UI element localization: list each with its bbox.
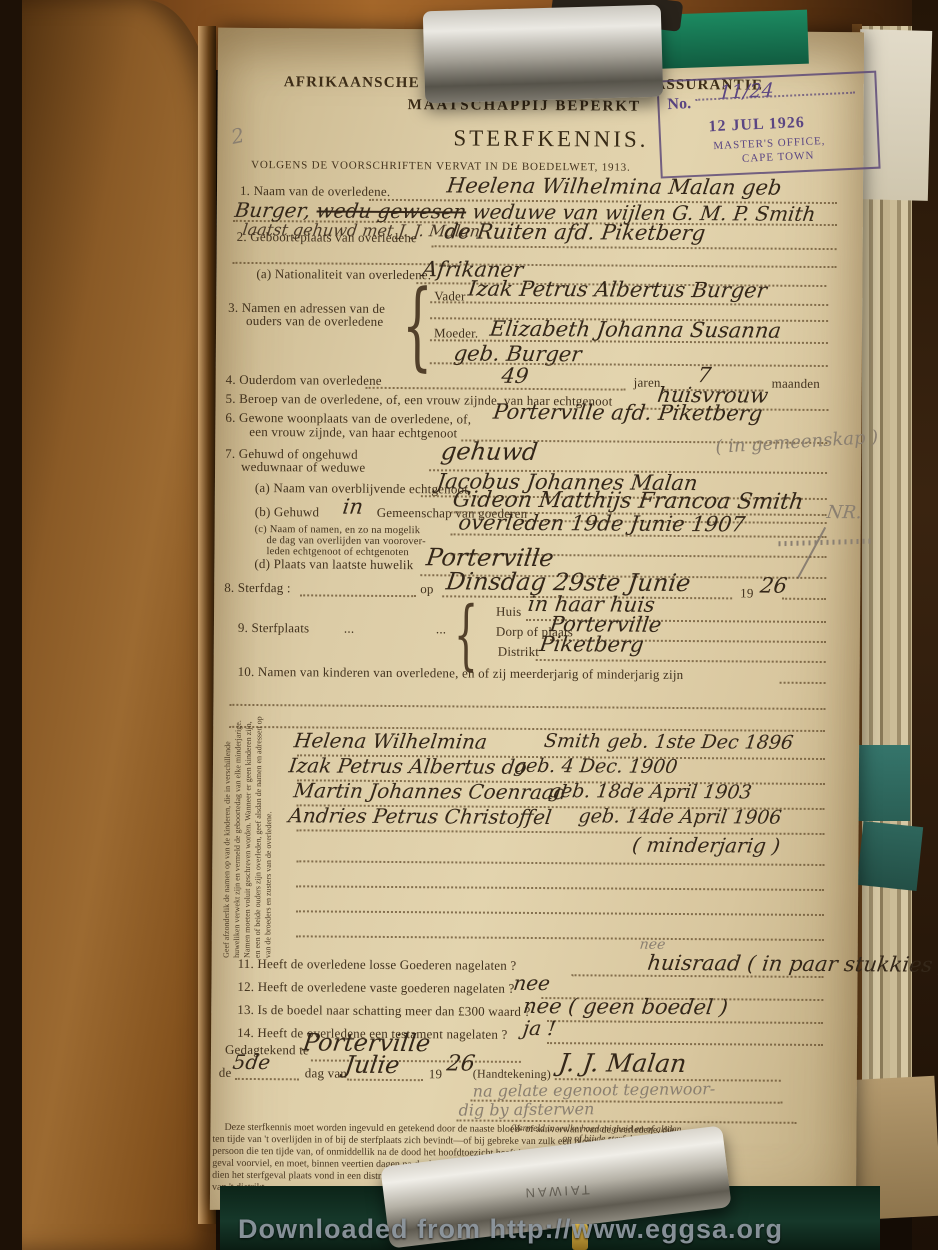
dotted-line xyxy=(430,301,828,306)
tape-piece xyxy=(856,745,910,821)
field-6-label-line2: een vrouw zijnde, van haar echtgenoot xyxy=(249,424,457,441)
field-7-pencil-note: ( in gemeenskap ) xyxy=(715,427,879,458)
dotted-line xyxy=(780,682,826,684)
date-year-value: 26 xyxy=(445,1051,476,1076)
pencil-scratch-cross xyxy=(797,527,826,579)
field-9-label: 9. Sterfplaats xyxy=(238,620,310,636)
signature-label: (Handtekening) xyxy=(473,1067,551,1083)
signature-value: J. J. Malan xyxy=(557,1048,688,1078)
child-name: Andries Petrus Christoffel xyxy=(287,803,553,829)
field-4-label: 4. Ouderdom van overledene xyxy=(226,372,382,389)
children-margin-note: Geef afzonderlik de namen op van de kind… xyxy=(222,716,294,958)
stamp-number-value: 11/24 xyxy=(718,79,774,104)
page-title: STERFKENNIS. xyxy=(453,125,648,152)
dotted-line xyxy=(366,387,626,391)
field-7d-label: (d) Plaats van laatste huwelik xyxy=(254,556,413,573)
distrikt-label: Distrikt xyxy=(498,644,539,660)
signature-pencil-line1: na gelate egenoot tegenwoor- xyxy=(473,1079,716,1101)
stamp-office-line2: CAPE TOWN xyxy=(742,150,815,165)
dotted-line xyxy=(547,1042,823,1046)
name-part: Burger, xyxy=(233,198,312,223)
huis-label: Huis xyxy=(496,604,521,620)
field-13-label: 13. Is de boedel naar schatting meer dan… xyxy=(237,1002,530,1020)
field-7-value: gehuwd xyxy=(439,437,539,466)
clip-engraving: TAIWAN xyxy=(522,1182,590,1200)
date-year-prefix: 19 xyxy=(429,1066,443,1082)
field-8-label: 8. Sterfdag : xyxy=(224,580,291,596)
field-9-dots2: ... xyxy=(436,621,446,637)
child-birth: geb. 14de April 1906 xyxy=(577,805,783,828)
year-prefix: 19 xyxy=(740,585,754,601)
dotted-line xyxy=(235,1078,299,1080)
de-label: de xyxy=(219,1065,232,1081)
field-7b-value: in xyxy=(341,495,364,519)
dotted-line xyxy=(296,935,824,941)
dotted-line xyxy=(430,362,828,367)
book-cover-edge xyxy=(0,0,22,1250)
vader-value: Izak Petrus Albertus Burger xyxy=(467,277,769,303)
field-9-dots1: ... xyxy=(344,621,354,637)
dotted-line xyxy=(229,704,825,710)
dag-van-label: dag van xyxy=(305,1065,347,1081)
children-minor-note: ( minderjarig ) xyxy=(631,833,782,858)
signature-pencil-line2: dig by afsterwen xyxy=(458,1099,594,1119)
dotted-line xyxy=(300,594,416,597)
field-7-label-line2: weduwnaar of weduwe xyxy=(241,459,365,476)
dotted-line xyxy=(451,533,827,538)
death-notice-page: No. 73. AFRIKAANSCHE ONDERLINGE VOOGDIJ … xyxy=(210,28,864,1214)
top-binder-clip xyxy=(423,5,663,104)
dotted-line xyxy=(311,1059,521,1062)
age-years-value: 49 xyxy=(500,364,530,388)
child-birth: geb. 4 Dec. 1900 xyxy=(513,755,679,778)
page-subtitle: VOLGENS DE VOORSCHRIFTEN VERVAT IN DE BO… xyxy=(251,159,630,174)
field-7c-pencil-note: NR. xyxy=(826,502,863,523)
tape-piece xyxy=(857,821,923,891)
jaren-label: jaren xyxy=(634,375,661,391)
page-stack xyxy=(862,26,912,1214)
field-7b-label1: (b) Gehuwd xyxy=(255,504,320,520)
dotted-line xyxy=(296,910,824,916)
field-7c-value-line2: overleden 19de Junie 1907 xyxy=(457,510,746,536)
field-12-value: nee xyxy=(512,971,552,995)
dotted-line xyxy=(572,974,824,978)
child-birth: Smith geb. 1ste Dec 1896 xyxy=(543,730,795,754)
child-name: Helena Wilhelmina xyxy=(293,728,489,753)
distrikt-value: Piketberg xyxy=(538,632,645,657)
maanden-label: maanden xyxy=(772,376,820,392)
day-value: 5de xyxy=(231,1050,271,1074)
photo-scene: No. 73. AFRIKAANSCHE ONDERLINGE VOOGDIJ … xyxy=(0,0,938,1250)
field-3-label-line2: ouders van de overledene xyxy=(246,313,383,330)
field-6-value: Porterville afd. Piketberg xyxy=(492,400,764,426)
field-2-value: de Ruiten afd. Piketberg xyxy=(443,219,707,245)
dotted-line xyxy=(347,1079,423,1082)
book-cover xyxy=(14,0,216,1250)
moeder-value-line1: Elizabeth Johanna Susanna xyxy=(488,317,782,343)
stamp-date: 12 JUL 1926 xyxy=(708,114,805,136)
dotted-line xyxy=(296,885,824,891)
field-1-value: Heelena Wilhelmina Malan geb xyxy=(445,173,783,199)
field-8-year-value: 26 xyxy=(759,574,789,598)
field-14-value: ja ! xyxy=(522,1016,558,1040)
pencil-mark: 2 xyxy=(229,123,246,149)
field-12-label: 12. Heeft de overledene vaste goederen n… xyxy=(237,979,514,997)
op-label: op xyxy=(420,581,434,597)
field-10-label: 10. Namen van kinderen van overledene, e… xyxy=(238,664,684,683)
dotted-line xyxy=(432,245,837,250)
masters-office-stamp: No. 11/24 12 JUL 1926 MASTER'S OFFICE, C… xyxy=(656,71,880,179)
watermark-text: Downloaded from http://www.eggsa.org xyxy=(238,1214,783,1245)
field-2-label: 2. Geboorteplaats van overledene xyxy=(237,229,417,246)
child-name: Martin Johannes Coenraad xyxy=(292,778,568,804)
dotted-line xyxy=(547,1020,823,1024)
month-value: Julie xyxy=(343,1051,401,1079)
field-11-value: huisraad ( in paar stukkies ) xyxy=(646,951,938,977)
field-11-label: 11. Heeft de overledene losse Goederen n… xyxy=(238,956,517,974)
brace-parents: { xyxy=(402,269,433,381)
child-name: Izak Petrus Albertus do xyxy=(287,753,528,779)
child-birth: geb. 18de April 1903 xyxy=(547,780,753,803)
dotted-line xyxy=(536,659,826,663)
pencil-scratch xyxy=(775,539,871,547)
stamp-no-label: No. xyxy=(667,95,691,114)
dotted-line xyxy=(782,598,826,600)
dotted-line xyxy=(296,860,824,866)
